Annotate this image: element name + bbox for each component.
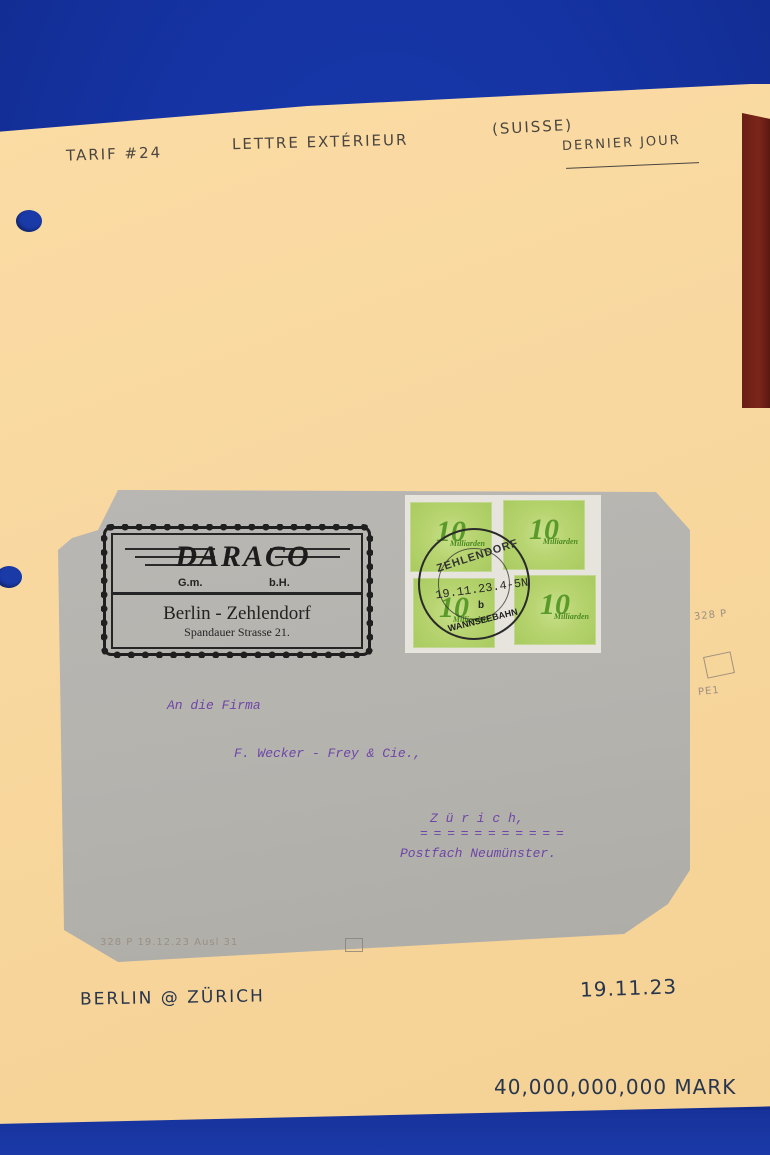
address-line-3: Z ü r i c h, — [430, 811, 524, 826]
sender-street: Spandauer Strasse 21. — [111, 625, 363, 640]
postmark-letter: b — [478, 600, 484, 611]
block-diagram-icon — [345, 938, 363, 952]
tariff-label: TARIF #24 — [66, 143, 163, 164]
sender-label-divider — [111, 592, 363, 595]
company-logo: DARACO — [148, 540, 338, 574]
amount-label: 40,000,000,000 MARK — [494, 1075, 736, 1099]
route-label: BERLIN @ ZÜRICH — [80, 986, 265, 1009]
address-line-2: F. Wecker - Frey & Cie., — [234, 746, 421, 761]
punch-hole-top — [16, 210, 42, 232]
address-line-5: Postfach Neumünster. — [400, 846, 556, 861]
envelope-pencil-note: 328 P 19.12.23 Ausl 31 — [100, 937, 238, 948]
legal-form-left: G.m. — [178, 577, 202, 589]
page-edge-tab — [742, 113, 770, 408]
stamp-denomination: Milliarden — [554, 612, 589, 621]
plate-ref-note: PE1 — [697, 685, 720, 698]
sender-city: Berlin - Zehlendorf — [111, 603, 363, 625]
legal-form-right: b.H. — [269, 577, 290, 589]
address-line-1: An die Firma — [167, 698, 261, 713]
address-line-4: = = = = = = = = = = = — [420, 826, 563, 841]
date-label: 19.11.23 — [580, 974, 678, 1001]
stamp-denomination: Milliarden — [543, 537, 578, 546]
